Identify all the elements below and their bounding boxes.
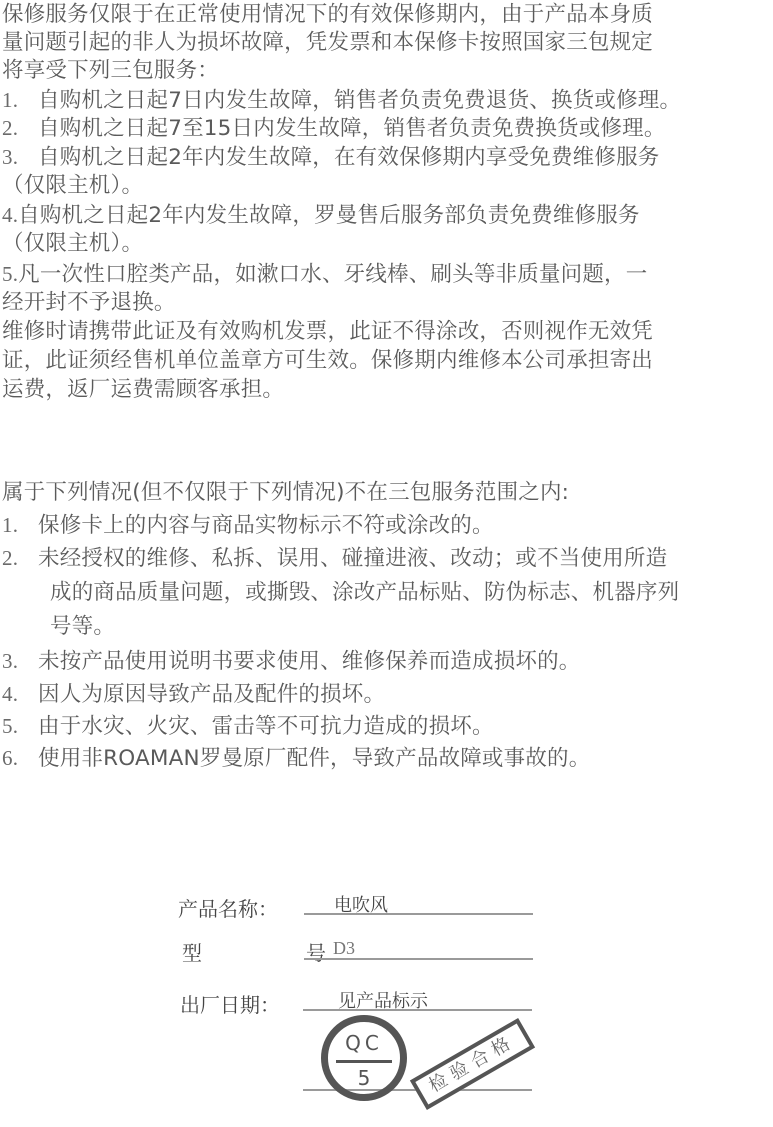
model-label-1: 型 [182, 937, 202, 966]
warranty-item-4-cont: （仅限主机）。 [2, 231, 143, 257]
inspection-passed-stamp: 检验合格 [410, 1018, 535, 1110]
warranty-intro-line-3: 将享受下列三包服务： [2, 58, 219, 84]
warranty-item-2: 2.自购机之日起7至15日内发生故障，销售者负责免费换货或修理。 [2, 115, 666, 142]
warranty-note-line-2: 证，此证须经售机单位盖章方可生效。保修期内维修本公司承担寄出 [2, 348, 653, 374]
qc-seal: QC 5 [321, 1015, 407, 1101]
exclusion-item-2-cont-2: 号等。 [2, 614, 115, 640]
exclusions-heading: 属于下列情况(但不仅限于下列情况)不在三包服务范围之内: [2, 480, 569, 506]
warranty-item-4: 4.自购机之日起2年内发生故障，罗曼售后服务部负责免费维修服务 [2, 202, 640, 229]
exclusion-item-5: 5.由于水灾、火灾、雷击等不可抗力造成的损坏。 [2, 713, 494, 740]
model-label-2: 号 [306, 937, 326, 966]
exclusion-item-6: 6.使用非ROAMAN罗曼原厂配件，导致产品故障或事故的。 [2, 745, 590, 772]
exclusion-item-1: 1.保修卡上的内容与商品实物标示不符或涂改的。 [2, 512, 494, 539]
qc-seal-divider [336, 1060, 392, 1063]
product-name-rule [304, 913, 533, 915]
model-rule [304, 958, 533, 960]
warranty-item-5: 5.凡一次性口腔类产品，如漱口水、牙线棒、刷头等非质量问题，一 [2, 261, 647, 288]
warranty-note-line-1: 维修时请携带此证及有效购机发票，此证不得涂改，否则视作无效凭 [2, 319, 653, 345]
warranty-intro-line-1: 保修服务仅限于在正常使用情况下的有效保修期内，由于产品本身质 [2, 2, 653, 28]
manufacture-date-label: 出厂日期： [180, 989, 280, 1018]
product-name-label: 产品名称： [178, 893, 278, 922]
exclusion-item-2-cont-1: 成的商品质量问题，或撕毁、涂改产品标贴、防伪标志、机器序列 [2, 580, 679, 606]
warranty-note-line-3: 运费，返厂运费需顾客承担。 [2, 377, 284, 403]
model-value: D3 [333, 938, 355, 959]
exclusion-item-4: 4.因人为原因导致产品及配件的损坏。 [2, 681, 385, 708]
manufacture-date-rule [303, 1009, 532, 1011]
qc-seal-top: QC [328, 1031, 400, 1055]
warranty-intro-line-2: 量问题引起的非人为损坏故障，凭发票和本保修卡按照国家三包规定 [2, 30, 653, 56]
exclusion-item-3: 3.未按产品使用说明书要求使用、维修保养而造成损坏的。 [2, 648, 581, 675]
warranty-item-5-cont: 经开封不予退换。 [2, 290, 176, 316]
qc-seal-bottom: 5 [328, 1066, 400, 1090]
exclusion-item-2: 2.未经授权的维修、私拆、误用、碰撞进液、改动；或不当使用所造 [2, 545, 667, 572]
warranty-item-3: 3.自购机之日起2年内发生故障，在有效保修期内享受免费维修服务 [2, 144, 659, 171]
warranty-item-1: 1.自购机之日起7日内发生故障，销售者负责免费退货、换货或修理。 [2, 87, 681, 114]
warranty-item-3-cont: （仅限主机）。 [2, 173, 143, 199]
